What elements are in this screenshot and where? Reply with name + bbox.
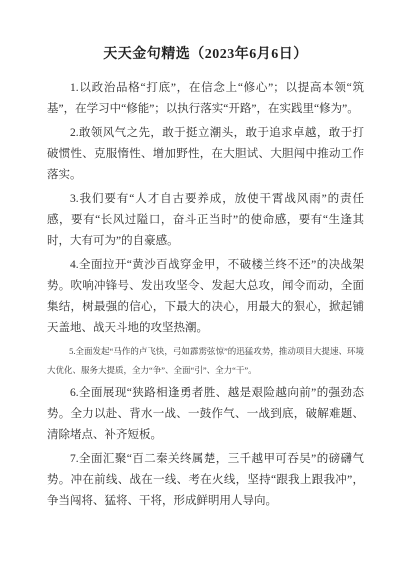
- paragraph-3: 3.我们要有“人才自古要养成，放使干霄战风雨”的责任感，要有“长风过隘口，奋斗正…: [47, 189, 364, 252]
- paragraph-7: 7.全面汇聚“百二秦关终属楚，三千越甲可吞吴”的磅礴气势。冲在前线、战在一线、考…: [47, 449, 364, 512]
- paragraph-2: 2.敢领风气之先，敢于挺立潮头，敢于追求卓越，敢于打破惯性、克服惰性、增加野性，…: [47, 123, 364, 186]
- paragraph-4: 4.全面拉开“黄沙百战穿金甲，不破楼兰终不还”的决战架势。吹响冲锋号、发出攻坚令…: [47, 255, 364, 339]
- document-page: 天天金句精选（2023年6月6日） 1.以政治品格“打底”，在信念上“修心”；以…: [0, 0, 410, 580]
- document-title: 天天金句精选（2023年6月6日）: [47, 45, 364, 65]
- paragraph-6: 6.全面展现“狭路相逢勇者胜、越是艰险越向前”的强劲态势。全力以赴、背水一战、一…: [47, 383, 364, 446]
- paragraph-5: 5.全面发起“马作的卢飞快，弓如霹雳弦惊”的迅猛攻势，推动项目大提速、环境大优化…: [47, 342, 364, 380]
- paragraph-1: 1.以政治品格“打底”，在信念上“修心”；以提高本领“筑基”，在学习中“修能”；…: [47, 78, 364, 120]
